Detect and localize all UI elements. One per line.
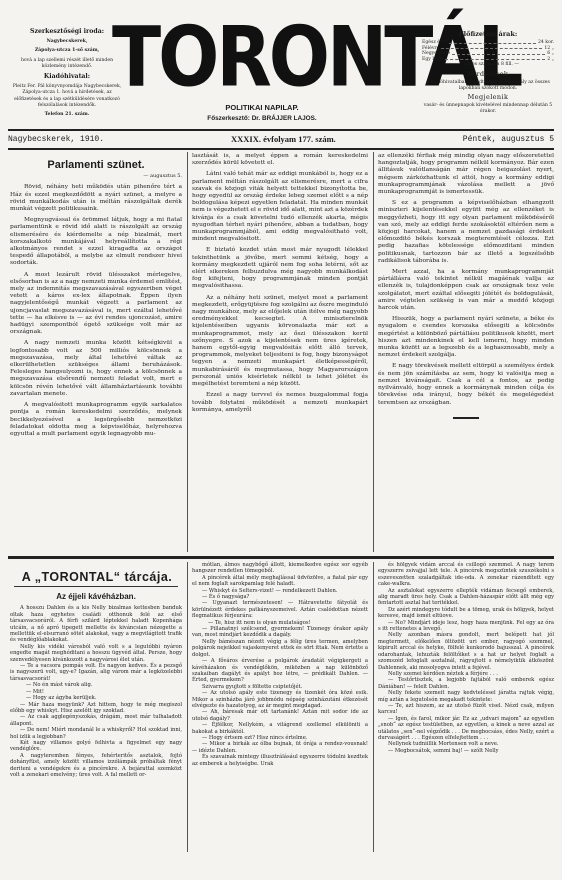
paragraph: — Te, azt hiszem, az az utolsó füzőt vis… xyxy=(378,703,554,716)
paragraph: — Igen, és farol, mikor jár. Ez az „udva… xyxy=(378,716,554,742)
newspaper-title: TORONTÁL xyxy=(112,12,412,102)
paragraph: Nelly bámészan nézett végig a félig üres… xyxy=(192,639,368,658)
paragraph: Hisszük, hogy a parlament nyári szünete,… xyxy=(378,316,554,359)
paragraph: A megvalósitott munkaprogramm egyik sark… xyxy=(10,402,182,438)
paragraph: — No? Mindjárt ideje lesz, hogy haza men… xyxy=(378,620,554,633)
phone-number: Telefon 21. szám. xyxy=(8,112,126,118)
paragraph: A hosszu Dahlen és a kis Nelly bizalmas … xyxy=(10,605,182,643)
article-column-1: Parlamenti szünet. — augusztus 5. Rövid,… xyxy=(10,152,182,442)
paragraph: — Testőrtisztek, a legjobb fajtából való… xyxy=(378,677,554,690)
paragraph: A nagyteremben fényes, fehérteritős aszt… xyxy=(10,753,182,779)
paragraph: Két nagy villamos golyó felhivta a figye… xyxy=(10,740,182,753)
paragraph: — Az csak agglegényszokás, drágám, most … xyxy=(10,714,182,727)
paragraph: A most lezárult rövid ülésszakot mérlege… xyxy=(10,272,182,337)
paragraph: — Mikor a birkák az ólba bujnak, üt óráj… xyxy=(192,741,368,754)
paragraph: — Megbocsátok, semmi baj! — szólt Nelly xyxy=(378,748,554,754)
column-divider xyxy=(373,562,374,852)
paragraph: lasztását is, a melyet éppen a román ker… xyxy=(192,153,368,167)
paragraph: S ez a programm a képviselőházban elhang… xyxy=(378,200,554,265)
paragraph: az ellenzéki férfiak még mindig olyan na… xyxy=(378,153,554,196)
place-year: Nagybecskerek, 1910. xyxy=(8,135,104,144)
paragraph: — A főváros érverése a polgárok áradatát… xyxy=(192,658,368,684)
paragraph: Megnyugvással és örömmel látjuk, hogy a … xyxy=(10,217,182,267)
appears-text: vasár- és ünnepnapok kivételével mindenn… xyxy=(422,103,554,114)
paragraph: — Az utolsó apály este tizenegy és tizen… xyxy=(192,690,368,709)
column-divider xyxy=(187,562,188,852)
article-column-2: lasztását is, a melyet éppen a román ker… xyxy=(192,153,368,418)
paragraph: Látni való tehát már az eddigi munkából … xyxy=(192,171,368,243)
rule xyxy=(14,586,178,587)
office-address-1: Nagybecskerek, xyxy=(8,39,126,45)
paragraph: — Már haza megyünk? Azt hittem, hogy te … xyxy=(10,702,182,715)
paragraph: — Ah, báresak már ott tartanánk! Aztán m… xyxy=(192,709,368,722)
issue-date: Péntek, augusztus 5 xyxy=(463,135,554,144)
newspaper-page: Szerkesztőségi iroda: Nagybecskerek, Záp… xyxy=(0,0,562,880)
paragraph: Mert azzal, ha a kormány munkaprogrammjá… xyxy=(378,269,554,312)
paragraph: Nelly azonban másra gondolt, mert belépe… xyxy=(378,632,554,670)
column-divider xyxy=(373,152,374,552)
rule xyxy=(8,129,554,131)
office-note: hová a lap szellemi részét illető minden… xyxy=(8,58,126,71)
paragraph: — Pillanatnyi szélcsend, gyermekem! Tize… xyxy=(192,626,368,639)
editor-in-chief: Főszerkesztő: Dr. BRÁJJER LAJOS. xyxy=(112,115,412,122)
paragraph: Az a néhány heti szünet, melyet most a p… xyxy=(192,295,368,389)
volume-number: XXXIX. évfolyam 177. szám. xyxy=(231,134,336,144)
paragraph: És szavainak mintegy illusztrálásául egy… xyxy=(192,754,368,767)
feuilleton-section-title: A „TORONTAL“ tárcája. xyxy=(8,570,186,584)
paragraph: Ezzel a nagy tervvel és nemes buzgalomma… xyxy=(192,392,368,414)
paragraph: — De nem! Miért mondanál le a whiskyről?… xyxy=(10,727,182,740)
paragraph: A nagy nemzeti munka között kétségkivül … xyxy=(10,340,182,398)
ads-text: a kiadóhivatalban fogadtatnak el Árszabá… xyxy=(422,80,554,91)
paragraph: E biztató kezdet után most már nyugodt l… xyxy=(192,247,368,290)
feuilleton-column-3: és hölgyek vidám arccal és csillogó szem… xyxy=(378,562,554,754)
article-dateline: — augusztus 5. xyxy=(10,173,182,180)
paragraph: Dz azért mindegyre tódult be a tömeg, ur… xyxy=(378,607,554,620)
paragraph: A pincérek által mély meghajlással üdvöz… xyxy=(192,575,368,588)
article-title: Parlamenti szünet. xyxy=(10,162,182,169)
paragraph: Az asztalokat egyszerre ellepték vidáman… xyxy=(378,588,554,607)
office-title: Szerkesztőségi iroda: xyxy=(8,28,126,36)
article-end-mark xyxy=(453,417,479,419)
dateline-bar: Nagybecskerek, 1910. XXXIX. évfolyam 177… xyxy=(8,132,554,146)
masthead-office-info: Szerkesztőségi iroda: Nagybecskerek, Záp… xyxy=(8,28,126,122)
single-issue-price: — Egyes szám ára 8 fill. — xyxy=(422,62,554,68)
publisher-text: Pleitz Fer. Pál könyvnyomdája Nagybecske… xyxy=(8,84,126,109)
paragraph: mótlan, álmos nagybőgő állott, kiemelked… xyxy=(192,562,368,575)
appears-title: Megjelenik xyxy=(422,93,554,101)
paragraph: — Éjfélkor, Nellykém, a világrend szelle… xyxy=(192,722,368,735)
feuilleton-column-1: Az éjjeli kávéházban. A hosszu Dahlen és… xyxy=(10,592,182,778)
newspaper-subtitle: POLITIKAI NAPILAP. xyxy=(112,103,412,112)
paragraph: Nelly fekete szemeit nagy kedvteléssel j… xyxy=(378,690,554,703)
paragraph: Nelly kis vidéki városból való volt s a … xyxy=(10,644,182,663)
story-title: Az éjjeli kávéházban. xyxy=(10,594,182,600)
publisher-title: Kiadóhivatal: xyxy=(8,73,126,81)
price-value: 2 „ xyxy=(547,57,554,63)
column-divider xyxy=(187,152,188,552)
prices-title: Előfizetési árak: xyxy=(422,30,554,38)
office-address-2: Zápolya-utcza 1-ső szám, xyxy=(8,48,126,54)
paragraph: Rövid, néhány heti működés után pihenőre… xyxy=(10,184,182,213)
masthead-subscription-info: Előfizetési árak: Egész évre24 kor. Félé… xyxy=(422,30,554,116)
paragraph: és hölgyek vidám arccal és csillogó szem… xyxy=(378,562,554,588)
price-label: Egy hóra xyxy=(422,57,443,63)
article-column-3: az ellenzéki férfiak még mindig olyan na… xyxy=(378,153,554,419)
paragraph: — Ugyanazt természetesen! — Hátravetette… xyxy=(192,600,368,619)
section-rule xyxy=(8,556,554,559)
feuilleton-column-2: mótlan, álmos nagybőgő állott, kiemelked… xyxy=(192,562,368,767)
paragraph: E nagy törekvések mellett eltörpül a sze… xyxy=(378,363,554,406)
rule xyxy=(8,148,554,150)
paragraph: — Te a vacsora pompás volt. És nagyon ke… xyxy=(10,663,182,682)
ads-title: Hirdetések xyxy=(422,70,554,78)
